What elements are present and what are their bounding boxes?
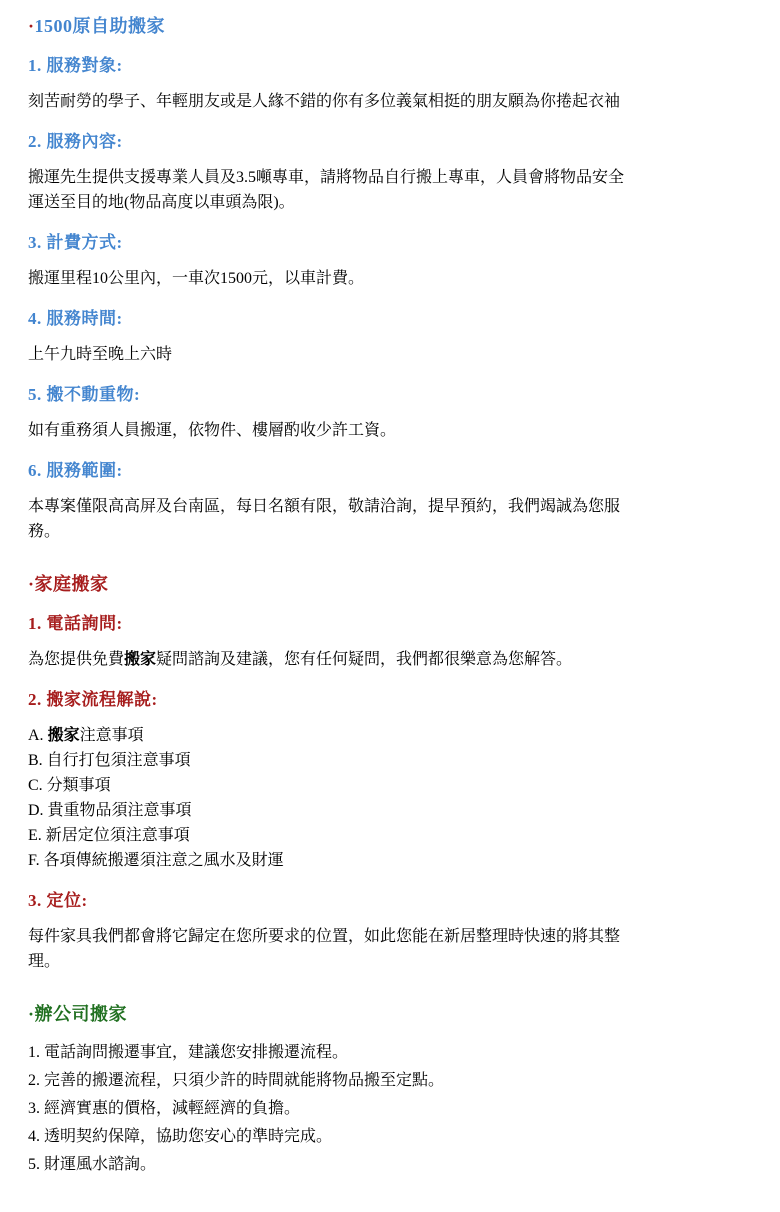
text-segment: 2. 完善的搬遷流程，只須少許的時間就能將物品搬至定點。 bbox=[28, 1072, 444, 1089]
list: 1. 電話詢問搬遷事宜，建議您安排搬遷流程。2. 完善的搬遷流程，只須少許的時間… bbox=[28, 1039, 636, 1179]
text-segment: 6. 服務範圍: bbox=[28, 461, 123, 480]
text-segment: 1. 服務對象: bbox=[28, 56, 123, 75]
text-segment: 2. 服務內容: bbox=[28, 132, 123, 151]
list-item: D. 貴重物品須注意事項 bbox=[28, 798, 636, 823]
section-title: ·1500原自助搬家 bbox=[28, 12, 636, 38]
text-segment: 每件家具我們都會將它歸定在您所要求的位置，如此您能在新居整理時快速的將其整理。 bbox=[28, 928, 620, 970]
list-item: 4. 透明契約保障，協助您安心的準時完成。 bbox=[28, 1123, 636, 1151]
list: A. 搬家注意事項B. 自行打包須注意事項C. 分類事項D. 貴重物品須注意事項… bbox=[28, 723, 636, 873]
text-segment: 注意事項 bbox=[80, 727, 144, 744]
text-segment: 疑問諮詢及建議，您有任何疑問，我們都很樂意為您解答。 bbox=[156, 651, 572, 668]
paragraph: 搬運先生提供支援專業人員及3.5噸專車，請將物品自行搬上專車，人員會將物品安全運… bbox=[28, 165, 636, 215]
list-item: 1. 電話詢問搬遷事宜，建議您安排搬遷流程。 bbox=[28, 1039, 636, 1067]
text-segment: E. 新居定位須注意事項 bbox=[28, 827, 190, 844]
text-segment: 4. 透明契約保障，協助您安心的準時完成。 bbox=[28, 1128, 332, 1145]
paragraph: 如有重務須人員搬運，依物件、樓層酌收少許工資。 bbox=[28, 418, 636, 443]
list-item: 5. 財運風水諮詢。 bbox=[28, 1151, 636, 1179]
text-segment: 5. 搬不動重物: bbox=[28, 385, 140, 404]
list-item: F. 各項傳統搬遷須注意之風水及財運 bbox=[28, 848, 636, 873]
text-segment: 刻苦耐勞的學子、年輕朋友或是人緣不錯的你有多位義氣相挺的朋友願為你捲起衣袖 bbox=[28, 93, 620, 110]
subheading: 1. 服務對象: bbox=[28, 51, 636, 76]
paragraph: 為您提供免費搬家疑問諮詢及建議，您有任何疑問，我們都很樂意為您解答。 bbox=[28, 647, 636, 672]
text-segment: C. 分類事項 bbox=[28, 777, 111, 794]
list-item: E. 新居定位須注意事項 bbox=[28, 823, 636, 848]
list-item: C. 分類事項 bbox=[28, 773, 636, 798]
text-segment: 4. 服務時間: bbox=[28, 309, 123, 328]
paragraph: 每件家具我們都會將它歸定在您所要求的位置，如此您能在新居整理時快速的將其整理。 bbox=[28, 924, 636, 974]
text-segment: 搬運先生提供支援專業人員及3.5噸專車，請將物品自行搬上專車，人員會將物品安全運… bbox=[28, 169, 624, 211]
text-segment: 2. 搬家流程解說: bbox=[28, 690, 158, 709]
list-item: A. 搬家注意事項 bbox=[28, 723, 636, 748]
text-segment: 3. 定位: bbox=[28, 891, 88, 910]
text-segment: 3. 計費方式: bbox=[28, 233, 123, 252]
section-title: ·辦公司搬家 bbox=[28, 1000, 636, 1026]
paragraph: 搬運里程10公里內，一車次1500元，以車計費。 bbox=[28, 266, 636, 291]
list-item: B. 自行打包須注意事項 bbox=[28, 748, 636, 773]
text-segment: A. bbox=[28, 727, 48, 744]
subheading: 3. 計費方式: bbox=[28, 228, 636, 253]
text-segment: 如有重務須人員搬運，依物件、樓層酌收少許工資。 bbox=[28, 422, 396, 439]
subheading: 6. 服務範圍: bbox=[28, 456, 636, 481]
subheading: 1. 電話詢問: bbox=[28, 609, 636, 634]
text-segment: B. 自行打包須注意事項 bbox=[28, 752, 191, 769]
section-title: ·家庭搬家 bbox=[28, 570, 636, 596]
subheading: 3. 定位: bbox=[28, 886, 636, 911]
subheading: 2. 服務內容: bbox=[28, 127, 636, 152]
text-segment: ·辦公司搬家 bbox=[28, 1004, 127, 1024]
text-segment: 1500原自助搬家 bbox=[35, 16, 166, 36]
text-segment: 本專案僅限高高屏及台南區，每日名額有限，敬請洽詢，提早預約，我們竭誠為您服務。 bbox=[28, 498, 620, 540]
text-segment: 1. 電話詢問搬遷事宜，建議您安排搬遷流程。 bbox=[28, 1044, 348, 1061]
text-segment: D. 貴重物品須注意事項 bbox=[28, 802, 192, 819]
paragraph: 上午九時至晚上六時 bbox=[28, 342, 636, 367]
paragraph: 刻苦耐勞的學子、年輕朋友或是人緣不錯的你有多位義氣相挺的朋友願為你捲起衣袖 bbox=[28, 89, 636, 114]
document-body: ·1500原自助搬家1. 服務對象:刻苦耐勞的學子、年輕朋友或是人緣不錯的你有多… bbox=[0, 0, 780, 1212]
text-segment: 搬運里程10公里內，一車次1500元，以車計費。 bbox=[28, 270, 364, 287]
text-segment: ·家庭搬家 bbox=[28, 574, 109, 594]
text-segment: 搬家 bbox=[48, 727, 80, 744]
text-segment: F. 各項傳統搬遷須注意之風水及財運 bbox=[28, 852, 284, 869]
subheading: 2. 搬家流程解說: bbox=[28, 685, 636, 710]
subheading: 4. 服務時間: bbox=[28, 304, 636, 329]
list-item: 3. 經濟實惠的價格，減輕經濟的負擔。 bbox=[28, 1095, 636, 1123]
section-2: ·家庭搬家1. 電話詢問:為您提供免費搬家疑問諮詢及建議，您有任何疑問，我們都很… bbox=[28, 570, 636, 974]
text-segment: 1. 電話詢問: bbox=[28, 614, 123, 633]
section-3: ·辦公司搬家1. 電話詢問搬遷事宜，建議您安排搬遷流程。2. 完善的搬遷流程，只… bbox=[28, 1000, 636, 1179]
list-item: 2. 完善的搬遷流程，只須少許的時間就能將物品搬至定點。 bbox=[28, 1067, 636, 1095]
text-segment: 5. 財運風水諮詢。 bbox=[28, 1156, 156, 1173]
section-1: ·1500原自助搬家1. 服務對象:刻苦耐勞的學子、年輕朋友或是人緣不錯的你有多… bbox=[28, 12, 636, 544]
text-segment: 3. 經濟實惠的價格，減輕經濟的負擔。 bbox=[28, 1100, 300, 1117]
text-segment: 搬家 bbox=[124, 651, 156, 668]
paragraph: 本專案僅限高高屏及台南區，每日名額有限，敬請洽詢，提早預約，我們竭誠為您服務。 bbox=[28, 494, 636, 544]
text-segment: 上午九時至晚上六時 bbox=[28, 346, 172, 363]
subheading: 5. 搬不動重物: bbox=[28, 380, 636, 405]
text-segment: 為您提供免費 bbox=[28, 651, 124, 668]
